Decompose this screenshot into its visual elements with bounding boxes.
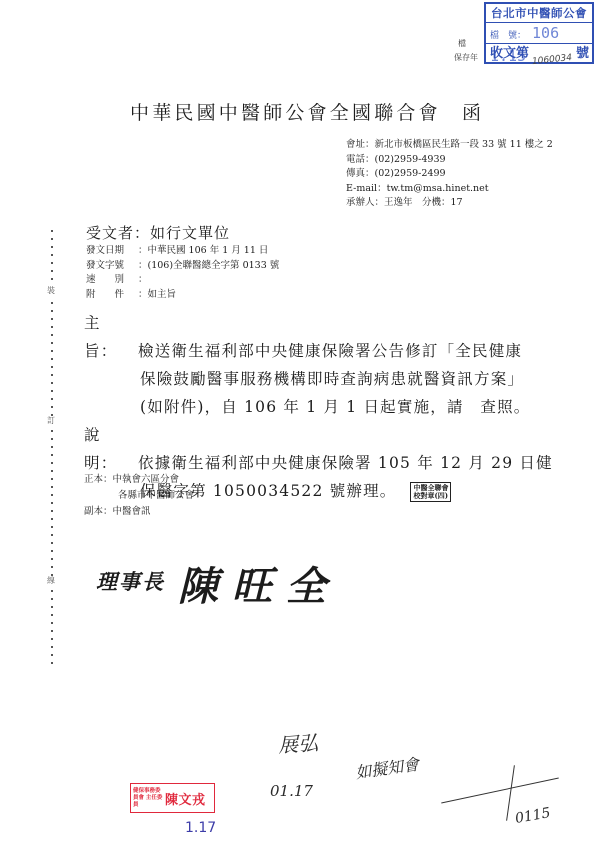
supervisor-stamp-name: 陳文戎 bbox=[165, 789, 206, 808]
binding-dot bbox=[51, 638, 53, 640]
archive-period-label: 保存年 bbox=[454, 52, 478, 63]
binding-dot bbox=[51, 558, 53, 560]
binding-mark: 訂 bbox=[47, 415, 55, 426]
handler: 承辦人：王逸年 分機：17 bbox=[346, 196, 553, 211]
document-type: 函 bbox=[462, 98, 481, 125]
handwritten-note: 1.17 bbox=[185, 820, 216, 836]
explanation-label: 說 明： bbox=[84, 421, 138, 477]
meta-row: 發文日期：中華民國 106 年 1 月 11 日 bbox=[86, 244, 279, 259]
secondary-copy: 副本：中醫會訊 bbox=[84, 504, 194, 520]
subject-line: (如附件)，自 106 年 1 月 1 日起實施，請 查照。 bbox=[84, 393, 553, 421]
binding-mark: 裝 bbox=[47, 285, 55, 296]
binding-dot bbox=[51, 478, 53, 480]
proofread-stamp: 中醫全聯會校對章(四) bbox=[410, 482, 451, 502]
supervisor-stamp: 健保事務委員會 主任委員 陳文戎 bbox=[130, 783, 215, 813]
binding-dot bbox=[51, 606, 53, 608]
contact-block: 會址：新北市板橋區民生路一段 33 號 11 樓之 2 電話：(02)2959-… bbox=[346, 138, 553, 211]
binding-dot bbox=[51, 526, 53, 528]
explanation-line: 說 明：依據衛生福利部中央健康保險署 105 年 12 月 29 日健 bbox=[84, 421, 553, 477]
binding-dot bbox=[51, 430, 53, 432]
binding-dot bbox=[51, 302, 53, 304]
chairman-signature: 陳旺全 bbox=[178, 555, 340, 612]
binding-dot bbox=[51, 342, 53, 344]
supervisor-stamp-title: 健保事務委員會 主任委員 bbox=[131, 788, 165, 809]
binding-dot bbox=[51, 470, 53, 472]
binding-dot bbox=[51, 446, 53, 448]
binding-dot bbox=[51, 622, 53, 624]
primary-copy: 各縣市中醫師公會 bbox=[84, 488, 194, 504]
binding-dot bbox=[51, 542, 53, 544]
binding-dot bbox=[51, 654, 53, 656]
binding-dot bbox=[51, 646, 53, 648]
handwritten-date: 0115 bbox=[514, 805, 552, 827]
binding-dot bbox=[51, 270, 53, 272]
subject-line: 保險鼓勵醫事服務機構即時查詢病患就醫資訊方案」 bbox=[84, 365, 553, 393]
binding-dot bbox=[51, 398, 53, 400]
primary-copy: 正本：中執會六區分會 bbox=[84, 472, 194, 488]
binding-dot bbox=[51, 510, 53, 512]
binding-dot bbox=[51, 318, 53, 320]
handwritten-date: 01.17 bbox=[270, 782, 313, 800]
fax: 傳真：(02)2959-2499 bbox=[346, 167, 553, 182]
binding-dot bbox=[51, 566, 53, 568]
binding-dot bbox=[51, 326, 53, 328]
binding-line: 裝訂線 bbox=[48, 230, 56, 670]
binding-dot bbox=[51, 462, 53, 464]
phone: 電話：(02)2959-4939 bbox=[346, 153, 553, 168]
binding-dot bbox=[51, 518, 53, 520]
binding-dot bbox=[51, 502, 53, 504]
binding-dot bbox=[51, 310, 53, 312]
binding-dot bbox=[51, 630, 53, 632]
binding-dot bbox=[51, 590, 53, 592]
binding-dot bbox=[51, 238, 53, 240]
receipt-stamp-number-row: 收文第 1060034 號 bbox=[486, 44, 592, 64]
binding-dot bbox=[51, 230, 53, 232]
recipient: 受文者：如行文單位 bbox=[86, 222, 230, 243]
received-number: 1060034 bbox=[531, 48, 573, 72]
copies-section: 正本：中執會六區分會 各縣市中醫師公會 副本：中醫會訊 bbox=[84, 472, 194, 520]
subject-line: 主 旨：檢送衛生福利部中央健康保險署公告修訂「全民健康 bbox=[84, 309, 553, 365]
received-suffix: 號 bbox=[576, 44, 589, 64]
receipt-stamp-date-row: 檔 號：106 1.15 bbox=[486, 23, 592, 44]
received-prefix: 收文第 bbox=[490, 46, 529, 61]
binding-dot bbox=[51, 550, 53, 552]
handwritten-signature: 展弘 bbox=[277, 727, 319, 759]
binding-dot bbox=[51, 278, 53, 280]
binding-dot bbox=[51, 598, 53, 600]
binding-dot bbox=[51, 358, 53, 360]
email: E-mail：tw.tm@msa.hinet.net bbox=[346, 182, 553, 197]
binding-dot bbox=[51, 494, 53, 496]
binding-dot bbox=[51, 254, 53, 256]
meta-row: 發文字號：(106)全聯醫總全字第 0133 號 bbox=[86, 259, 279, 274]
binding-dot bbox=[51, 382, 53, 384]
meta-row: 附 件：如主旨 bbox=[86, 288, 279, 303]
file-number-label: 檔 bbox=[458, 38, 466, 49]
binding-dot bbox=[51, 350, 53, 352]
binding-dot bbox=[51, 534, 53, 536]
binding-dot bbox=[51, 454, 53, 456]
address: 會址：新北市板橋區民生路一段 33 號 11 樓之 2 bbox=[346, 138, 553, 153]
binding-dot bbox=[51, 406, 53, 408]
signature-line bbox=[441, 778, 559, 804]
chairman-title: 理事長 bbox=[96, 566, 165, 596]
subject-label: 主 旨： bbox=[84, 309, 138, 365]
binding-dot bbox=[51, 262, 53, 264]
binding-dot bbox=[51, 486, 53, 488]
document-meta: 發文日期：中華民國 106 年 1 月 11 日 發文字號：(106)全聯醫總全… bbox=[86, 244, 279, 302]
meta-row: 速 別： bbox=[86, 273, 279, 288]
document-title: 中華民國中醫師公會全國聯合會 bbox=[130, 98, 441, 125]
binding-dot bbox=[51, 438, 53, 440]
binding-dot bbox=[51, 374, 53, 376]
binding-dot bbox=[51, 246, 53, 248]
file-label: 檔 號： bbox=[490, 31, 526, 41]
binding-dot bbox=[51, 390, 53, 392]
binding-dot bbox=[51, 334, 53, 336]
binding-dot bbox=[51, 662, 53, 664]
binding-mark: 線 bbox=[47, 575, 55, 586]
binding-dot bbox=[51, 366, 53, 368]
receipt-stamp-organization: 台北市中醫師公會 bbox=[486, 4, 592, 23]
receipt-stamp: 台北市中醫師公會 檔 號：106 1.15 收文第 1060034 號 bbox=[484, 2, 594, 64]
handwritten-approval: 如擬知會 bbox=[354, 752, 421, 784]
binding-dot bbox=[51, 614, 53, 616]
